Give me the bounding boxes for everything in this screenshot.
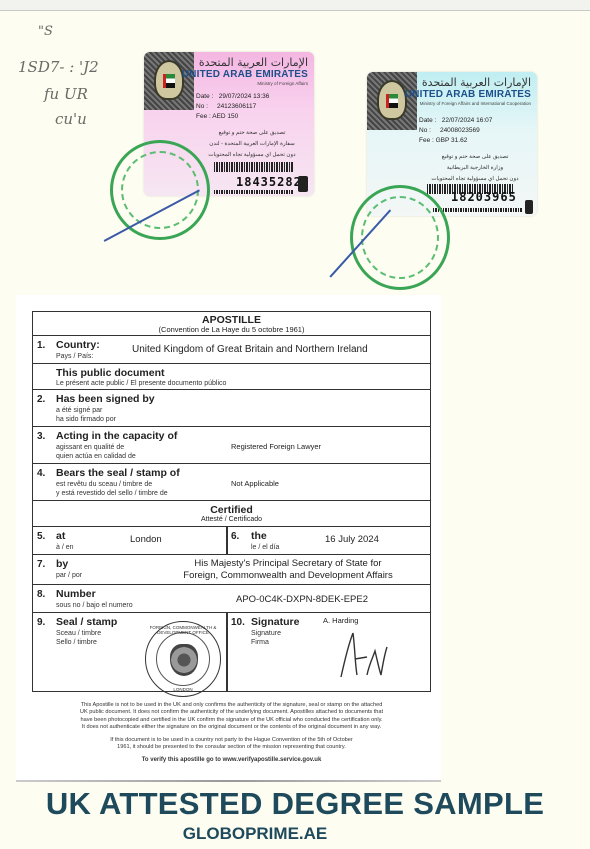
authority-line: Foreign, Commonwealth and Development Af… [153,570,423,581]
row-label: Signature [251,616,299,628]
disclaimer-line: UK public document. It does not confirm … [32,709,431,716]
handwritten-note: 1SD7- : 'J2 [18,58,99,76]
row-number: 5. [37,531,45,542]
sticker-ministry: Ministry of Foreign Affairs and Internat… [420,101,531,106]
sticker-serial: 18435282 [236,175,302,189]
crest-text: LONDON [146,687,220,692]
row-sublabel: sous no / bajo el numero [56,601,133,610]
row-sublabel: Le présent acte public / El presente doc… [56,379,226,388]
handwritten-signature-icon [333,629,393,681]
row-label: Number [56,588,96,600]
date-value: 16 July 2024 [325,534,379,545]
row-number: 3. [37,431,45,442]
barcode [433,208,523,212]
fee-value: AED 150 [212,113,238,120]
row-sublabel: Sceau / timbre [56,629,101,638]
banner-headline: UK ATTESTED DEGREE SAMPLE [0,786,590,822]
handwritten-note: fu UR [44,85,88,103]
row-sublabel: a été signé par [56,406,102,415]
row-label: at [56,530,65,542]
row-public-document: This public document Le présent acte pub… [33,364,430,390]
hague-line: 1961, it should be presented to the cons… [32,744,431,751]
number-value: 24008023569 [440,127,480,134]
fee-label: Fee : [196,113,211,120]
black-tab [525,200,533,214]
capacity-value: Registered Foreign Lawyer [231,442,321,451]
row-number: 2. [37,394,45,405]
row-sublabel: à / en [56,543,74,552]
row-label: This public document [56,367,165,379]
row-number: 7. [37,559,45,570]
seal-of-value: Not Applicable [231,479,279,488]
arabic-line: وزارة الخارجية البريطانية [425,163,525,174]
banner-site: GLOBOPRIME.AE [0,824,510,844]
sticker-details: Date : 22/07/2024 16:07 No : 24008023569… [419,116,492,146]
row-sublabel: Pays / País: [56,352,93,361]
row-number: 8. Number sous no / bajo el numero APO-0… [33,585,430,613]
certified-sub: Attesté / Certificado [33,516,430,523]
sticker-arabic-title: الإمارات العربية المتحدة [199,56,308,69]
disclaimer-line: This Apostille is not to be used in the … [32,702,431,709]
black-tab [298,176,308,192]
date-label: Date : [196,93,213,100]
sticker-ministry: Ministry of Foreign Affairs [257,81,308,86]
no-label: No : [419,127,431,134]
fee-value: GBP 31.62 [436,137,468,144]
date-value: 22/07/2024 16:07 [442,117,493,124]
apostille-table: APOSTILLE (Convention de La Haye du 5 oc… [32,311,431,692]
column-divider [226,527,228,554]
row-label: by [56,558,68,570]
fee-label: Fee : [419,137,434,144]
barcode [214,162,294,172]
country-value: United Kingdom of Great Britain and Nort… [132,344,368,355]
sticker-country: UNITED ARAB EMIRATES [405,89,531,100]
sticker-arabic-lines: تصديق على صحة ختم و توقيع سفارة الإمارات… [202,128,302,161]
barcode [214,190,294,194]
row-number: 10. [231,617,245,628]
row-sublabel: y está revestido del sello / timbre de [56,489,168,498]
hague-note: If this document is to be used in a coun… [32,737,431,752]
row-sublabel: agissant en qualité de [56,443,124,452]
apostille-header: APOSTILLE (Convention de La Haye du 5 oc… [33,312,430,336]
sheet-edge [16,780,441,782]
authority-line: His Majesty's Principal Secretary of Sta… [153,558,423,569]
number-value: 24123606117 [217,103,256,110]
arabic-line: تصديق على صحة ختم و توقيع [425,152,525,163]
hague-line: If this document is to be used in a coun… [32,737,431,744]
sticker-arabic-title: الإمارات العربية المتحدة [422,76,531,89]
fcdo-crest-seal-icon: FOREIGN, COMMONWEALTH & DEVELOPMENT OFFI… [145,621,221,697]
date-value: 29/07/2024 13:36 [219,93,270,100]
row-at-the: 5. at à / en London 6. the le / el día 1… [33,527,430,555]
row-number: 6. [231,531,239,542]
sticker-arabic-lines: تصديق على صحة ختم و توقيع وزارة الخارجية… [425,152,525,185]
date-label: Date : [419,117,436,124]
row-by: 7. by par / por His Majesty's Principal … [33,555,430,585]
row-number: 9. [37,617,45,628]
column-divider [226,613,228,691]
signatory-name: A. Harding [323,616,358,625]
row-signed-by: 2. Has been signed by a été signé par ha… [33,390,430,427]
row-label: Acting in the capacity of [56,430,177,442]
uae-emblem-icon [144,52,194,110]
arabic-line: دون تحمل اي مسؤولية تجاه المحتويات [202,150,302,161]
no-label: No : [196,103,208,110]
row-sublabel: est revêtu du sceau / timbre de [56,480,152,489]
place-value: London [130,534,162,545]
disclaimer-line: It does not authenticate either the sign… [32,724,431,731]
row-number: 4. [37,468,45,479]
row-country: 1. Country: Pays / País: United Kingdom … [33,336,430,364]
row-seal-signature: 9. Seal / stamp Sceau / timbre Sello / t… [33,613,430,691]
certified-title: Certified [33,504,430,516]
row-label: Country: [56,339,100,351]
uae-emblem-icon [367,72,417,130]
sticker-details: Date : 29/07/2024 13:36 No : 24123606117… [196,92,269,122]
row-sublabel: quien actúa en calidad de [56,452,136,461]
row-label: Has been signed by [56,393,155,405]
disclaimer-line: have been photocopied and certified in t… [32,717,431,724]
row-seal-of: 4. Bears the seal / stamp of est revêtu … [33,464,430,501]
row-sublabel: Signature [251,629,281,638]
sticker-serial: 18203965 [451,190,517,204]
row-sublabel: par / por [56,571,82,580]
arabic-line: سفارة الإمارات العربية المتحدة - لندن [202,139,302,150]
convention-text: (Convention de La Haye du 5 octobre 1961… [33,325,430,334]
handwritten-note: cu'u [55,110,87,128]
row-sublabel: le / el día [251,543,279,552]
row-label: Seal / stamp [56,616,117,628]
crest-text: FOREIGN, COMMONWEALTH & DEVELOPMENT OFFI… [146,625,220,635]
apostille-number: APO-0C4K-DXPN-8DEK-EPE2 [236,594,368,605]
row-number: 1. [37,340,45,351]
row-number: 8. [37,589,45,600]
verify-link: To verify this apostille go to www.verif… [32,757,431,764]
row-sublabel: Sello / timbre [56,638,97,647]
row-label: Bears the seal / stamp of [56,467,180,479]
row-sublabel: ha sido firmado por [56,415,116,424]
row-label: the [251,530,267,542]
row-certified: Certified Attesté / Certificado [33,501,430,527]
handwritten-note: "S [38,24,53,39]
disclaimer-paragraph: This Apostille is not to be used in the … [32,702,431,731]
top-edge-bar [0,0,590,11]
arabic-line: تصديق على صحة ختم و توقيع [202,128,302,139]
row-capacity: 3. Acting in the capacity of agissant en… [33,427,430,464]
row-sublabel: Firma [251,638,269,647]
sticker-country: UNITED ARAB EMIRATES [182,69,308,80]
